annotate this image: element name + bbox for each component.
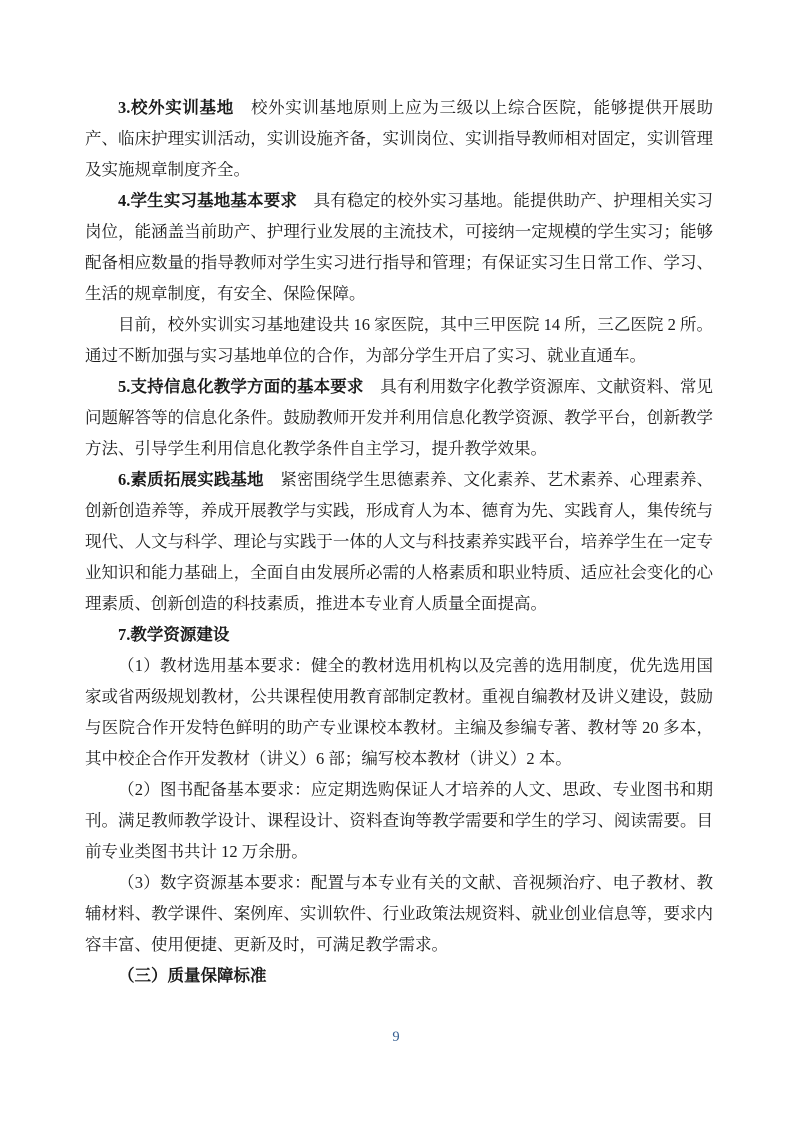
paragraph-text: （1）教材选用基本要求：健全的教材选用机构以及完善的选用制度，优先选用国家或省两… xyxy=(85,656,713,768)
paragraph-library-books: （2）图书配备基本要求：应定期选购保证人才培养的人文、思政、专业图书和期刊。满足… xyxy=(85,774,713,867)
page-number: 9 xyxy=(392,1029,399,1045)
paragraph-campus-training-base: 3.校外实训基地 校外实训基地原则上应为三级以上综合医院，能够提供开展助产、临床… xyxy=(85,92,713,185)
paragraph-lead-bold: 6.素质拓展实践基地 xyxy=(118,470,264,489)
paragraph-quality-development-base: 6.素质拓展实践基地 紧密围绕学生思德素养、文化素养、艺术素养、心理素养、创新创… xyxy=(85,464,713,619)
document-body: 3.校外实训基地 校外实训基地原则上应为三级以上综合医院，能够提供开展助产、临床… xyxy=(85,92,713,991)
paragraph-informatization-teaching: 5.支持信息化教学方面的基本要求 具有利用数字化教学资源库、文献资料、常见问题解… xyxy=(85,371,713,464)
paragraph-internship-base-requirements: 4.学生实习基地基本要求 具有稳定的校外实习基地。能提供助产、护理相关实习岗位，… xyxy=(85,185,713,309)
paragraph-textbook-selection: （1）教材选用基本要求：健全的教材选用机构以及完善的选用制度，优先选用国家或省两… xyxy=(85,650,713,774)
paragraph-text: 目前，校外实训实习基地建设共 16 家医院，其中三甲医院 14 所，三乙医院 2… xyxy=(85,315,713,365)
paragraph-hospital-statistics: 目前，校外实训实习基地建设共 16 家医院，其中三甲医院 14 所，三乙医院 2… xyxy=(85,309,713,371)
section-heading-teaching-resources: 7.教学资源建设 xyxy=(85,619,713,650)
paragraph-lead-bold: 3.校外实训基地 xyxy=(118,98,234,117)
paragraph-text: （3）数字资源基本要求：配置与本专业有关的文献、音视频治疗、电子教材、教辅材料、… xyxy=(85,873,713,954)
section-heading-quality-assurance: （三）质量保障标准 xyxy=(85,960,713,991)
document-page: 3.校外实训基地 校外实训基地原则上应为三级以上综合医院，能够提供开展助产、临床… xyxy=(0,0,792,1121)
heading-text: 7.教学资源建设 xyxy=(118,625,229,644)
paragraph-lead-bold: 4.学生实习基地基本要求 xyxy=(118,191,297,210)
paragraph-lead-bold: 5.支持信息化教学方面的基本要求 xyxy=(118,377,364,396)
paragraph-text: 紧密围绕学生思德素养、文化素养、艺术素养、心理素养、创新创造养等，养成开展教学与… xyxy=(85,470,713,613)
paragraph-digital-resources: （3）数字资源基本要求：配置与本专业有关的文献、音视频治疗、电子教材、教辅材料、… xyxy=(85,867,713,960)
heading-text: （三）质量保障标准 xyxy=(118,966,267,985)
page-footer: 9 xyxy=(0,1028,792,1046)
paragraph-text: （2）图书配备基本要求：应定期选购保证人才培养的人文、思政、专业图书和期刊。满足… xyxy=(85,780,713,861)
